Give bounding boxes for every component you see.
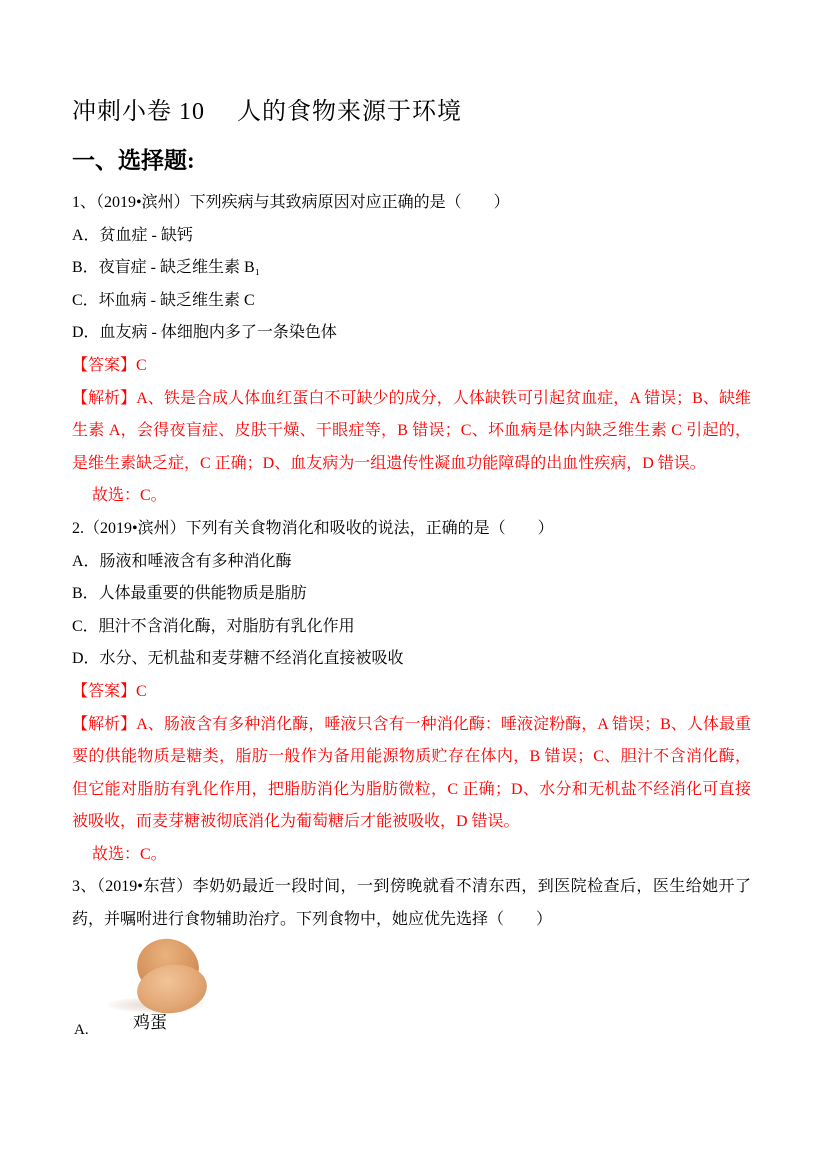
question-2-option-c: C．胆汁不含消化酶，对脂肪有乳化作用 [72,611,751,644]
question-2-option-d: D．水分、无机盐和麦芽糖不经消化直接被吸收 [72,643,751,676]
question-2-stem: 2.（2019•滨州）下列有关食物消化和吸收的说法，正确的是（ ） [72,513,751,546]
question-2-option-a: A．肠液和唾液含有多种消化酶 [72,546,751,579]
question-1-option-d: D．血友病 - 体细胞内多了一条染色体 [72,317,751,350]
document-page: 冲刺小卷 10 人的食物来源于环境 一、选择题: 1、（2019•滨州）下列疾病… [0,0,827,1169]
eggs-image [101,941,211,1013]
question-3-option-a-letter: A. [74,1019,89,1041]
question-1-conclusion: 故选：C。 [72,480,751,513]
question-3-figure-caption: 鸡蛋 [133,1011,167,1035]
question-1-option-c: C．坏血病 - 缺乏维生素 C [72,285,751,318]
question-1-option-b: B．夜盲症 - 缺乏维生素 B₁ [72,252,751,285]
question-3-figure: A. 鸡蛋 [72,941,751,1041]
section-number: 一、 [72,148,118,173]
question-1-answer: 【答案】C [72,350,751,383]
question-2-conclusion: 故选：C。 [72,839,751,872]
section-title: 选择题: [118,148,195,173]
question-1-analysis: 【解析】A、铁是合成人体血红蛋白不可缺少的成分，人体缺铁可引起贫血症，A 错误；… [72,383,751,481]
question-2-option-b: B．人体最重要的供能物质是脂肪 [72,578,751,611]
question-1-stem: 1、（2019•滨州）下列疾病与其致病原因对应正确的是（ ） [72,187,751,220]
section-heading: 一、选择题: [72,144,751,178]
question-1-option-a: A．贫血症 - 缺钙 [72,220,751,253]
page-title: 冲刺小卷 10 人的食物来源于环境 [72,94,751,130]
question-2-answer: 【答案】C [72,676,751,709]
question-2-analysis: 【解析】A、肠液含有多种消化酶，唾液只含有一种消化酶：唾液淀粉酶，A 错误；B、… [72,709,751,839]
question-3-stem: 3、（2019•东营）李奶奶最近一段时间，一到傍晚就看不清东西，到医院检查后，医… [72,871,751,936]
